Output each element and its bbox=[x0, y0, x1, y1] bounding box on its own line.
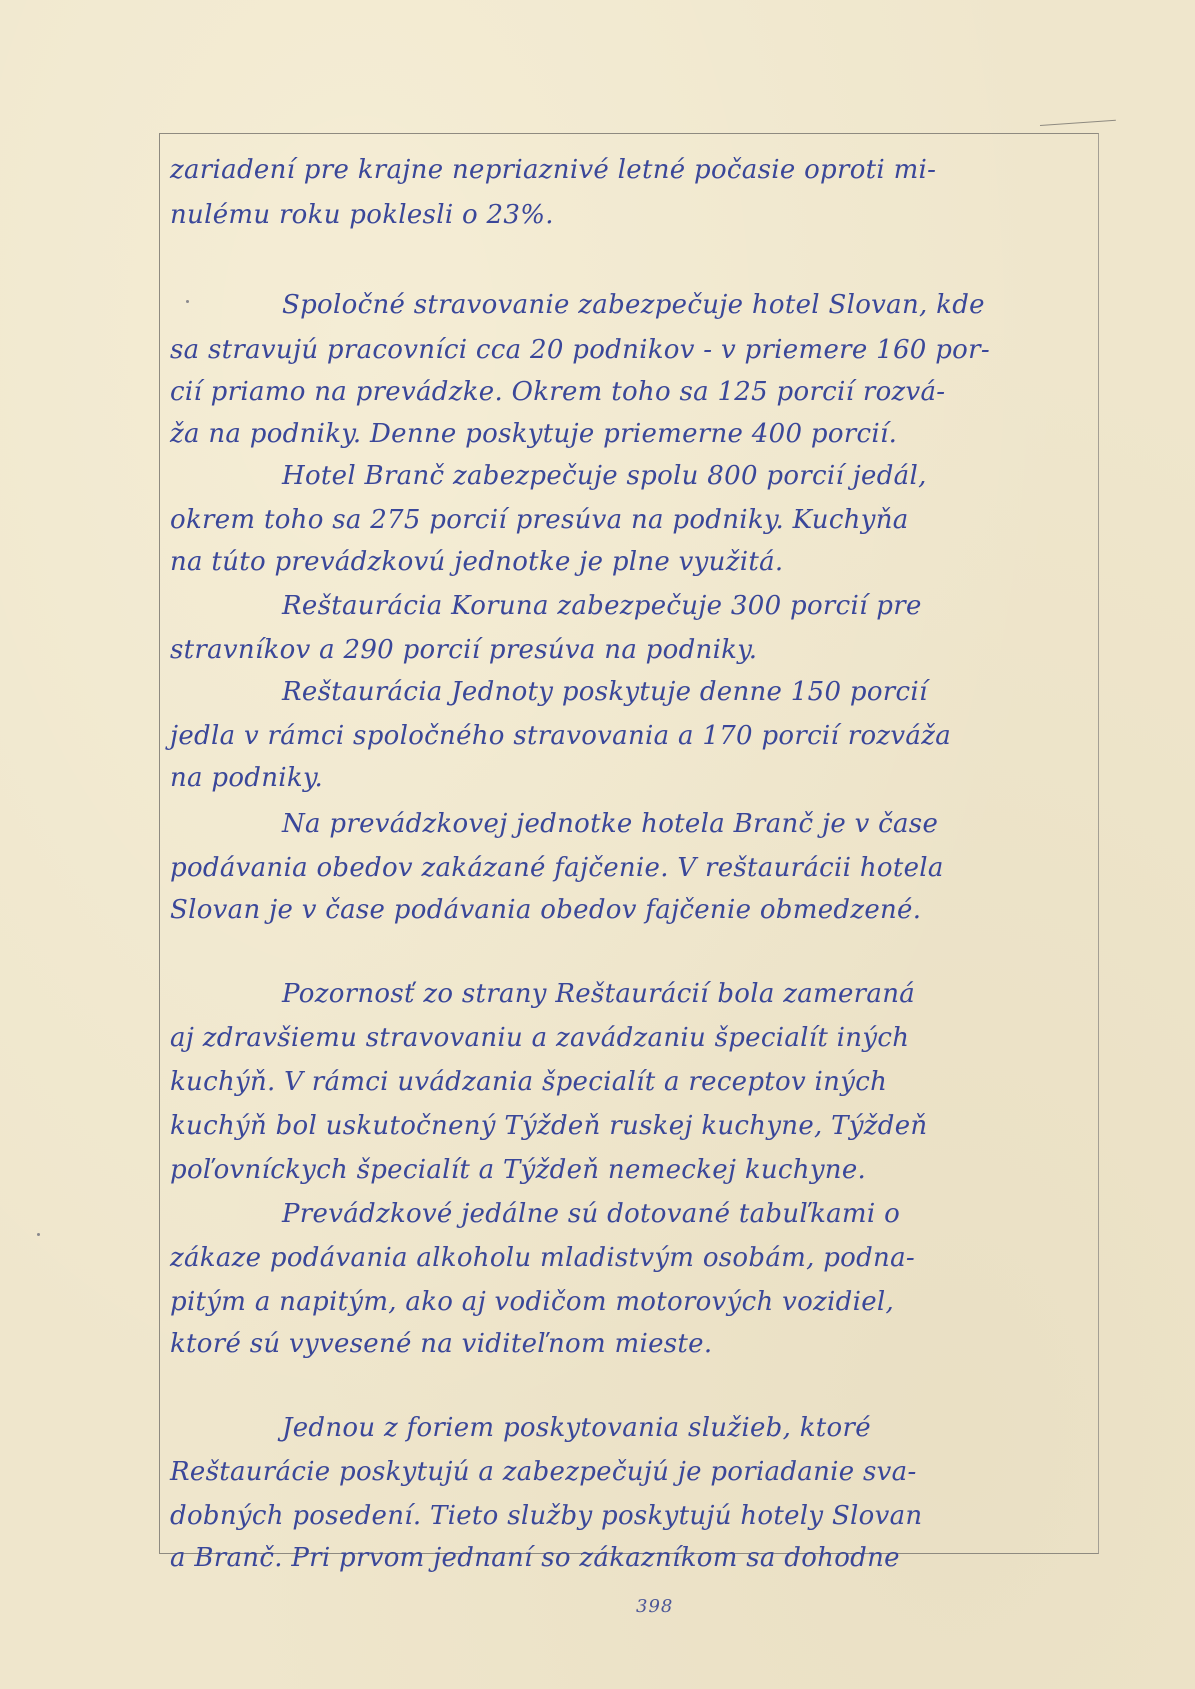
text-line: jedla v rámci spoločného stravovania a 1… bbox=[170, 716, 951, 756]
paper-speck bbox=[37, 1233, 40, 1236]
text-line: okrem toho sa 275 porcií presúva na podn… bbox=[170, 500, 909, 540]
text-line: Prevádzkové jedálne sú dotované tabuľkam… bbox=[170, 1194, 900, 1234]
text-line: a Branč. Pri prvom jednaní so zákazníkom… bbox=[170, 1538, 900, 1578]
text-line: kuchýň. V rámci uvádzania špecialít a re… bbox=[170, 1062, 887, 1102]
frame-line-overshoot bbox=[1040, 120, 1116, 126]
text-line: Pozornosť zo strany Reštaurácií bola zam… bbox=[170, 974, 915, 1014]
text-line: pitým a napitým, ako aj vodičom motorový… bbox=[170, 1282, 894, 1322]
text-line: Na prevádzkovej jednotke hotela Branč je… bbox=[170, 804, 938, 844]
text-line: dobných posedení. Tieto služby poskytujú… bbox=[170, 1496, 922, 1536]
document-page: zariadení pre krajne nepriaznivé letné p… bbox=[0, 0, 1195, 1689]
text-line: na túto prevádzkovú jednotke je plne vyu… bbox=[170, 542, 783, 582]
text-line: cií priamo na prevádzke. Okrem toho sa 1… bbox=[170, 372, 945, 412]
text-line: poľovníckych špecialít a Týždeň nemeckej… bbox=[170, 1150, 866, 1190]
text-line: Hotel Branč zabezpečuje spolu 800 porcií… bbox=[170, 456, 927, 496]
text-line: sa stravujú pracovníci cca 20 podnikov -… bbox=[170, 330, 990, 370]
text-line: Reštaurácie poskytujú a zabezpečujú je p… bbox=[170, 1452, 917, 1492]
text-line: podávania obedov zakázané fajčenie. V re… bbox=[170, 848, 944, 888]
text-line: zariadení pre krajne nepriaznivé letné p… bbox=[170, 150, 936, 190]
text-line: Reštaurácia Koruna zabezpečuje 300 porci… bbox=[170, 586, 922, 626]
text-line: ktoré sú vyvesené na viditeľnom mieste. bbox=[170, 1324, 712, 1364]
text-line: ža na podniky. Denne poskytuje priemerne… bbox=[170, 414, 897, 454]
text-line: nulému roku poklesli o 23%. bbox=[170, 195, 554, 235]
text-line: stravníkov a 290 porcií presúva na podni… bbox=[170, 630, 757, 670]
text-line: Slovan je v čase podávania obedov fajčen… bbox=[170, 890, 921, 930]
text-line: na podniky. bbox=[170, 758, 323, 798]
text-line: zákaze podávania alkoholu mladistvým oso… bbox=[170, 1238, 915, 1278]
text-line: aj zdravšiemu stravovaniu a zavádzaniu š… bbox=[170, 1018, 909, 1058]
page-number: 398 bbox=[636, 1596, 673, 1617]
text-line: Jednou z foriem poskytovania služieb, kt… bbox=[170, 1408, 871, 1448]
text-line: kuchýň bol uskutočnený Týždeň ruskej kuc… bbox=[170, 1106, 927, 1146]
text-line: Spoločné stravovanie zabezpečuje hotel S… bbox=[170, 285, 985, 325]
text-line: Reštaurácia Jednoty poskytuje denne 150 … bbox=[170, 672, 928, 712]
